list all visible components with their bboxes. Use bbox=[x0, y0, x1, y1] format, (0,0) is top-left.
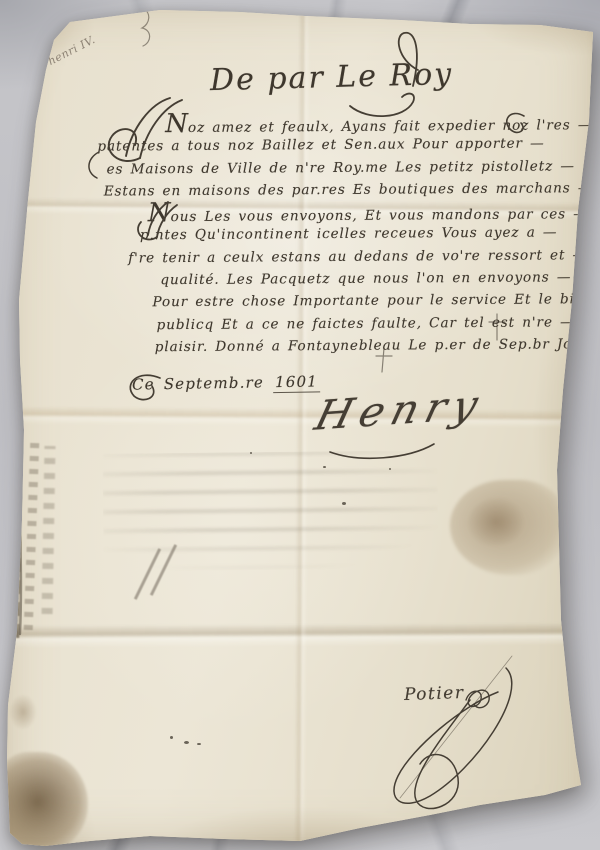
bleedthrough-left-column-1 bbox=[24, 442, 40, 630]
manuscript-line: publicq Et a ce ne faictes faulte, Car t… bbox=[97, 311, 559, 337]
ink-speck bbox=[184, 741, 189, 744]
stain-top-left-edge bbox=[28, 0, 92, 22]
ink-speck bbox=[250, 452, 252, 454]
manuscript-sheet: henri IV. De par Le Roy Noz amez et feau… bbox=[0, 0, 600, 850]
bleedthrough-left-column-2 bbox=[41, 446, 55, 618]
letter-header: De par Le Roy bbox=[210, 57, 454, 98]
dateline-year: 1601 bbox=[273, 372, 320, 393]
manuscript-line: plaisir. Donné a Fontaynebleau Le p.er d… bbox=[97, 333, 559, 359]
ink-speck bbox=[170, 736, 173, 739]
royal-signature-henry: Henry bbox=[310, 380, 490, 439]
dateline: Ce Septemb.re 1601 bbox=[132, 372, 320, 393]
henry-signature-swash bbox=[330, 444, 434, 458]
stain-bottom-left-corner bbox=[0, 752, 88, 850]
manuscript-line: qualité. Les Pacquetz que nous l'on en e… bbox=[96, 266, 558, 292]
paper-shadow: henri IV. De par Le Roy Noz amez et feau… bbox=[0, 0, 600, 850]
ink-speck bbox=[323, 466, 326, 468]
fold-crease-horizontal-lower bbox=[0, 622, 600, 647]
left-edge-ink-stroke bbox=[20, 436, 21, 634]
pencil-slash-mark-1 bbox=[134, 548, 161, 600]
potier-paraph bbox=[466, 690, 489, 708]
ink-speck bbox=[389, 468, 391, 470]
manuscript-line: Pour estre chose Importante pour le serv… bbox=[96, 289, 558, 315]
manuscript-line: patentes a tous noz Baillez et Sen.aux P… bbox=[95, 133, 557, 159]
manuscript-line: es Maisons de Ville de n're Roy.me Les p… bbox=[95, 155, 557, 181]
bottom-grand-flourish bbox=[394, 656, 512, 809]
bleedthrough-left-stroke bbox=[15, 436, 23, 638]
photo-root: { "photo": { "surface": "grey-white marb… bbox=[0, 0, 600, 850]
countersignature-potier: Potier bbox=[404, 683, 465, 705]
pencil-slash-mark-2 bbox=[150, 544, 177, 596]
stain-right-middle bbox=[450, 480, 565, 575]
pencil-annotation: henri IV. bbox=[46, 33, 98, 68]
top-left-squiggle-mark bbox=[142, 8, 150, 46]
fold-crease-horizontal-middle bbox=[0, 406, 600, 428]
ink-speck bbox=[344, 14, 347, 17]
stain-bottom-left-small bbox=[10, 695, 36, 729]
manuscript-line: Noz amez et feaulx, Ayans fait expedier … bbox=[95, 110, 557, 136]
letter-body: Noz amez et feaulx, Ayans fait expedier … bbox=[95, 110, 559, 358]
dateline-text: Ce Septemb.re bbox=[132, 373, 264, 393]
manuscript-line: p.ntes Qu'incontinent icelles receues Vo… bbox=[96, 222, 558, 248]
manuscript-line: f're tenir a ceulx estans au dedans de v… bbox=[96, 244, 558, 270]
ink-speck bbox=[342, 502, 346, 505]
stain-right-middle-core bbox=[468, 498, 523, 546]
ink-speck bbox=[197, 743, 201, 745]
manuscript-line: Nous Les vous envoyons, Et vous mandons … bbox=[96, 200, 558, 226]
